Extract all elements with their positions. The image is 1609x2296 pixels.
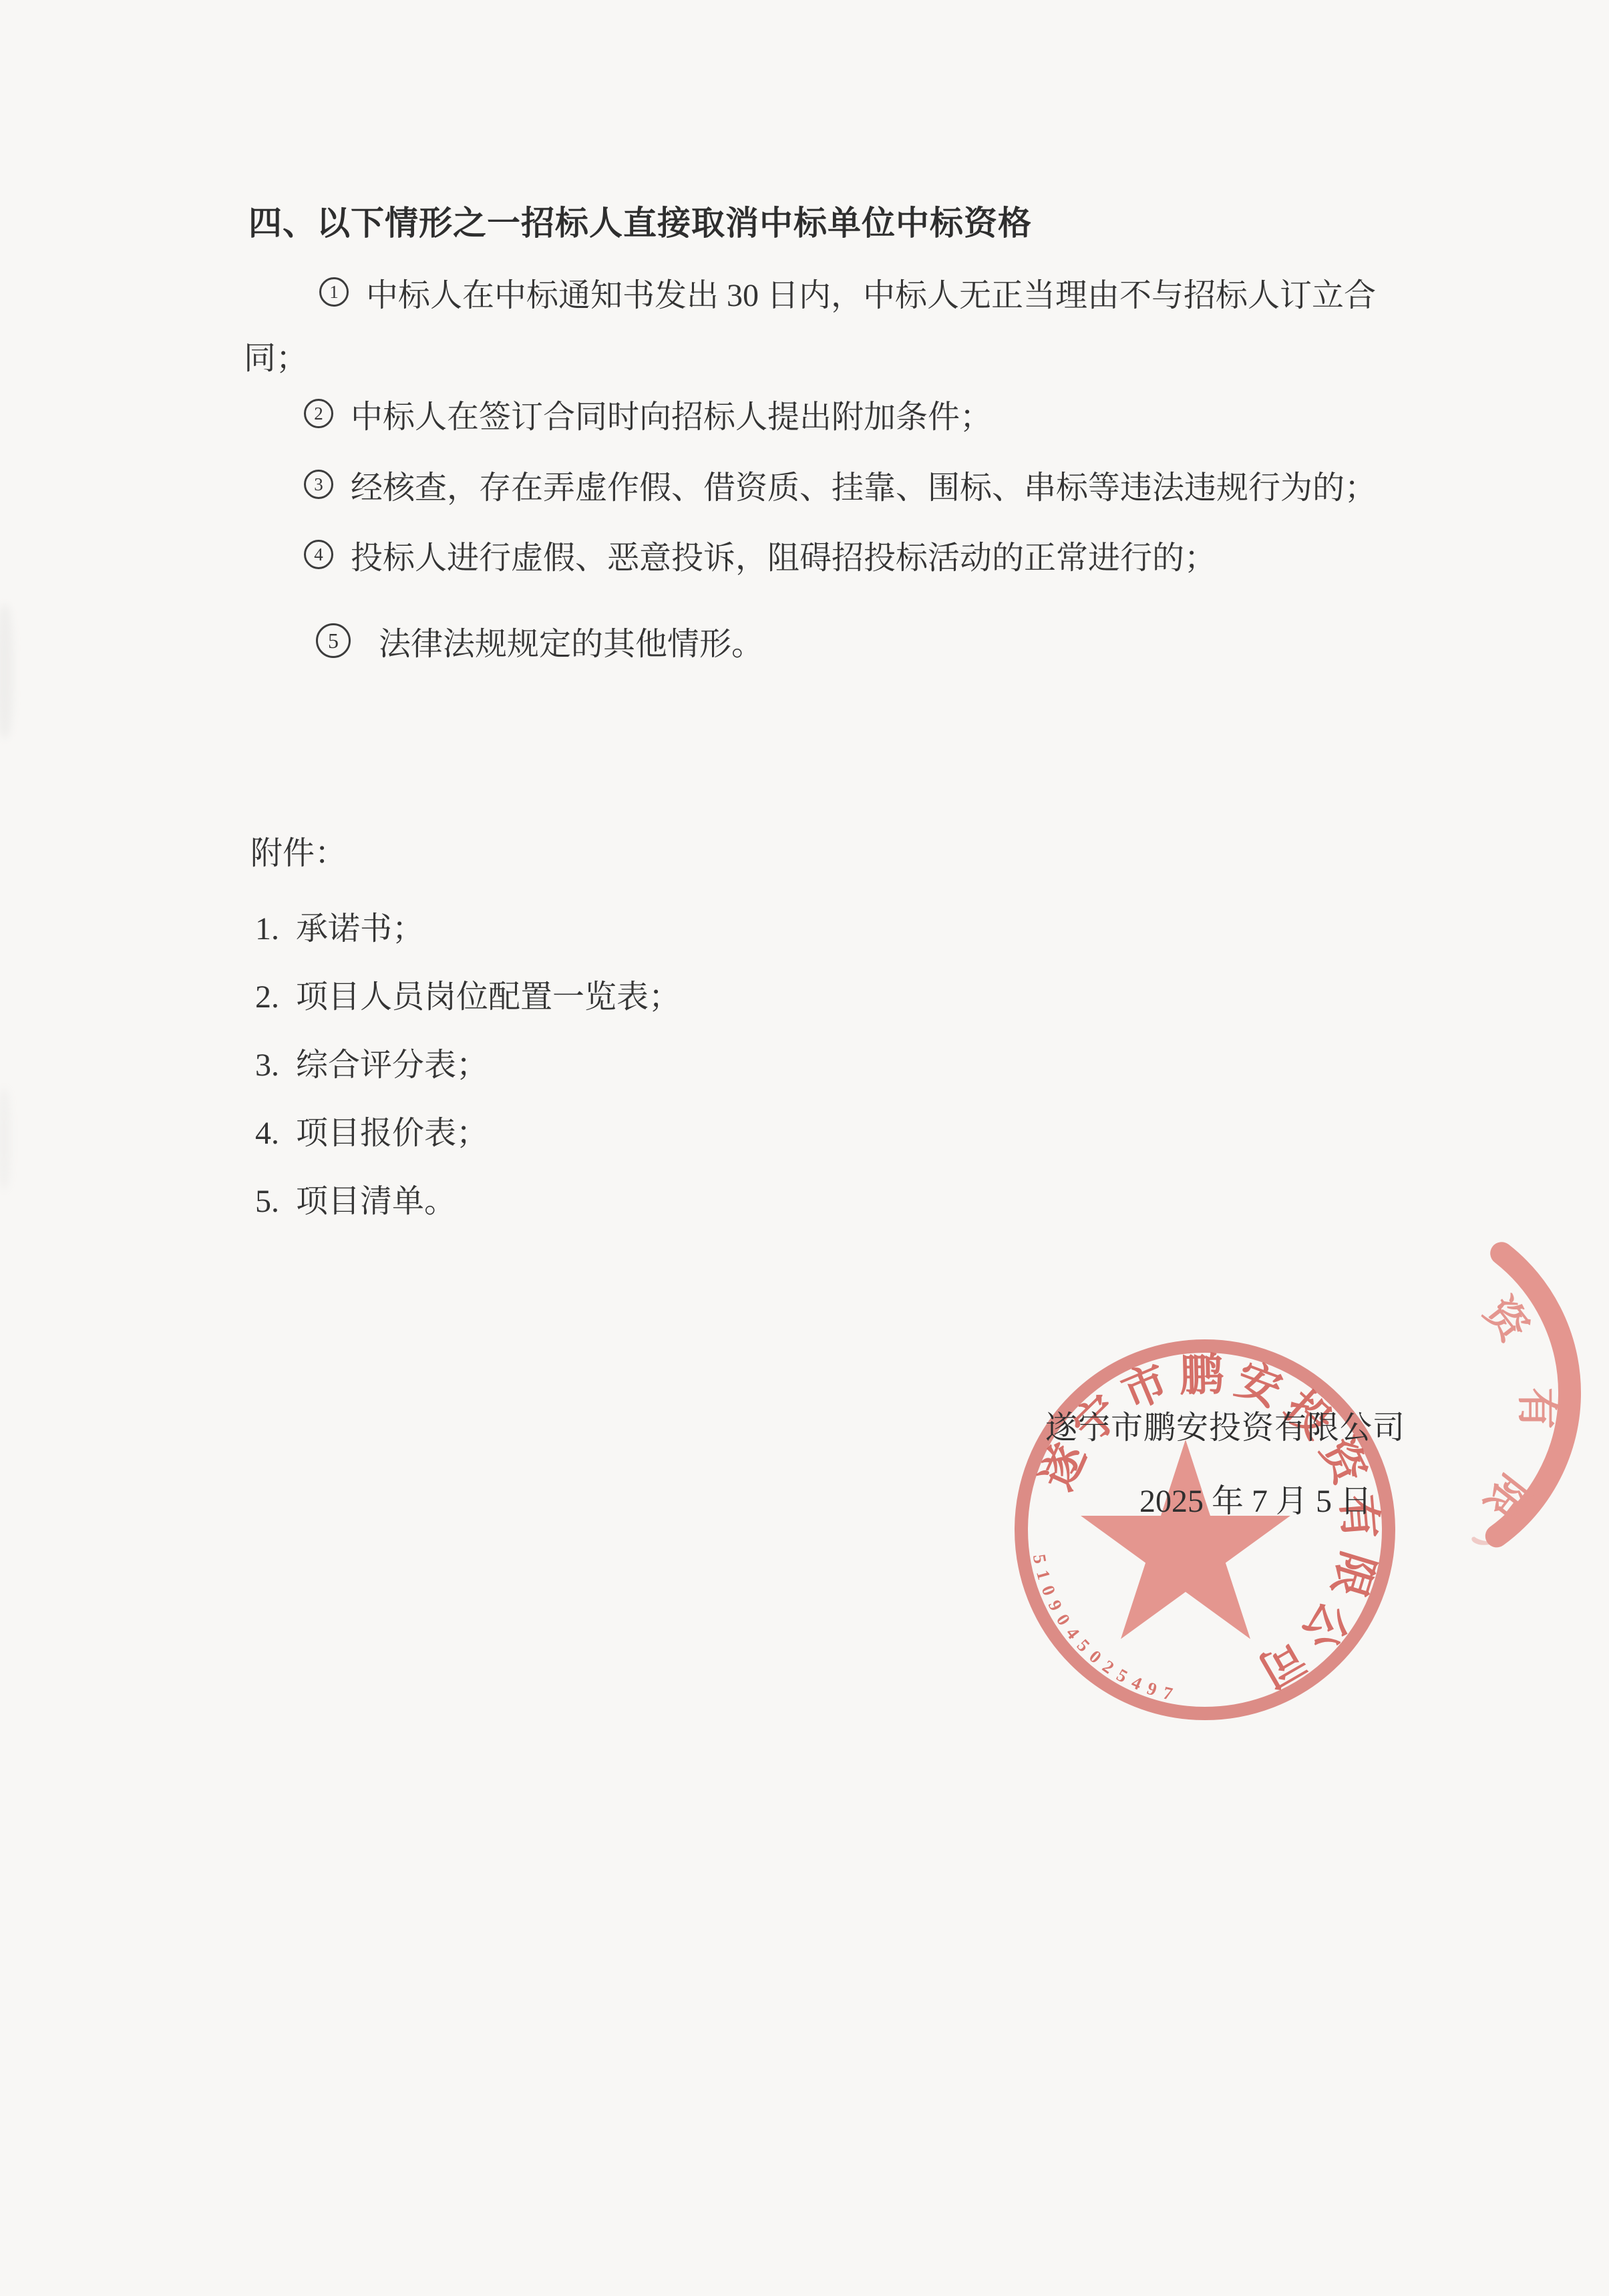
attachment-number: 5. bbox=[255, 1183, 296, 1220]
clause-item-4: 4 投标人进行虚假、恶意投诉，阻碍招投标活动的正常进行的； bbox=[304, 535, 1216, 574]
circled-number-5: 5 bbox=[316, 623, 351, 658]
attachment-item-1: 1. 承诺书； bbox=[255, 903, 424, 949]
attachment-text: 项目清单。 bbox=[296, 1175, 456, 1221]
attachment-text: 项目报价表； bbox=[296, 1107, 488, 1153]
signature-company-name: 遂宁市鹏安投资有限公司 bbox=[1045, 1402, 1405, 1448]
seal-ring-char: 鹏 bbox=[1178, 1352, 1225, 1400]
clause-item-2: 2 中标人在签订合同时向招标人提出附加条件； bbox=[304, 394, 992, 433]
attachments-label: 附件： bbox=[250, 827, 347, 873]
document-page: 四、以下情形之一招标人直接取消中标单位中标资格 1 中标人在中标通知书发出 30… bbox=[0, 0, 1609, 2296]
clause-text: 中标人在签订合同时向招标人提出附加条件； bbox=[351, 391, 992, 437]
circled-number-3: 3 bbox=[304, 470, 333, 499]
attachment-text: 项目人员岗位配置一览表； bbox=[296, 971, 681, 1017]
scan-smudge bbox=[0, 605, 13, 738]
clause-text: 法律法规规定的其他情形。 bbox=[379, 618, 763, 664]
star-icon bbox=[1072, 1436, 1299, 1663]
section-heading: 四、以下情形之一招标人直接取消中标单位中标资格 bbox=[248, 196, 1032, 244]
attachment-number: 4. bbox=[255, 1115, 296, 1152]
clause-item-1: 1 中标人在中标通知书发出 30 日内，中标人无正当理由不与招标人订立合 bbox=[319, 273, 1376, 311]
attachment-item-5: 5. 项目清单。 bbox=[255, 1175, 456, 1221]
partial-seal-char: 资 bbox=[1475, 1289, 1538, 1351]
attachment-item-4: 4. 项目报价表； bbox=[255, 1107, 488, 1153]
partial-seal-char: 有 bbox=[1513, 1387, 1560, 1429]
attachment-item-3: 3. 综合评分表； bbox=[255, 1039, 488, 1085]
clause-1-wrap-line: 同； bbox=[244, 332, 308, 378]
attachment-number: 2. bbox=[255, 979, 296, 1015]
attachment-text: 承诺书； bbox=[296, 903, 424, 949]
clause-item-5: 5 法律法规规定的其他情形。 bbox=[316, 621, 763, 660]
clause-text: 中标人在中标通知书发出 30 日内，中标人无正当理由不与招标人订立合 bbox=[366, 269, 1376, 315]
circled-number-2: 2 bbox=[304, 399, 333, 428]
circled-number-4: 4 bbox=[304, 540, 333, 569]
attachment-number: 1. bbox=[255, 911, 296, 947]
clause-item-3: 3 经核查，存在弄虚作假、借资质、挂靠、围标、串标等违法违规行为的； bbox=[304, 465, 1377, 504]
clause-text: 投标人进行虚假、恶意投诉，阻碍招投标活动的正常进行的； bbox=[351, 532, 1216, 578]
attachment-item-2: 2. 项目人员岗位配置一览表； bbox=[255, 971, 681, 1017]
attachment-number: 3. bbox=[255, 1047, 296, 1084]
signature-date: 2025 年 7 月 5 日 bbox=[1139, 1475, 1372, 1521]
company-seal: 遂宁市鹏安投资有限公司5109045025497 bbox=[1015, 1339, 1395, 1720]
scan-smudge bbox=[0, 1089, 11, 1189]
attachment-text: 综合评分表； bbox=[296, 1039, 488, 1085]
circled-number-1: 1 bbox=[319, 277, 349, 307]
clause-text: 经核查，存在弄虚作假、借资质、挂靠、围标、串标等违法违规行为的； bbox=[351, 462, 1377, 508]
